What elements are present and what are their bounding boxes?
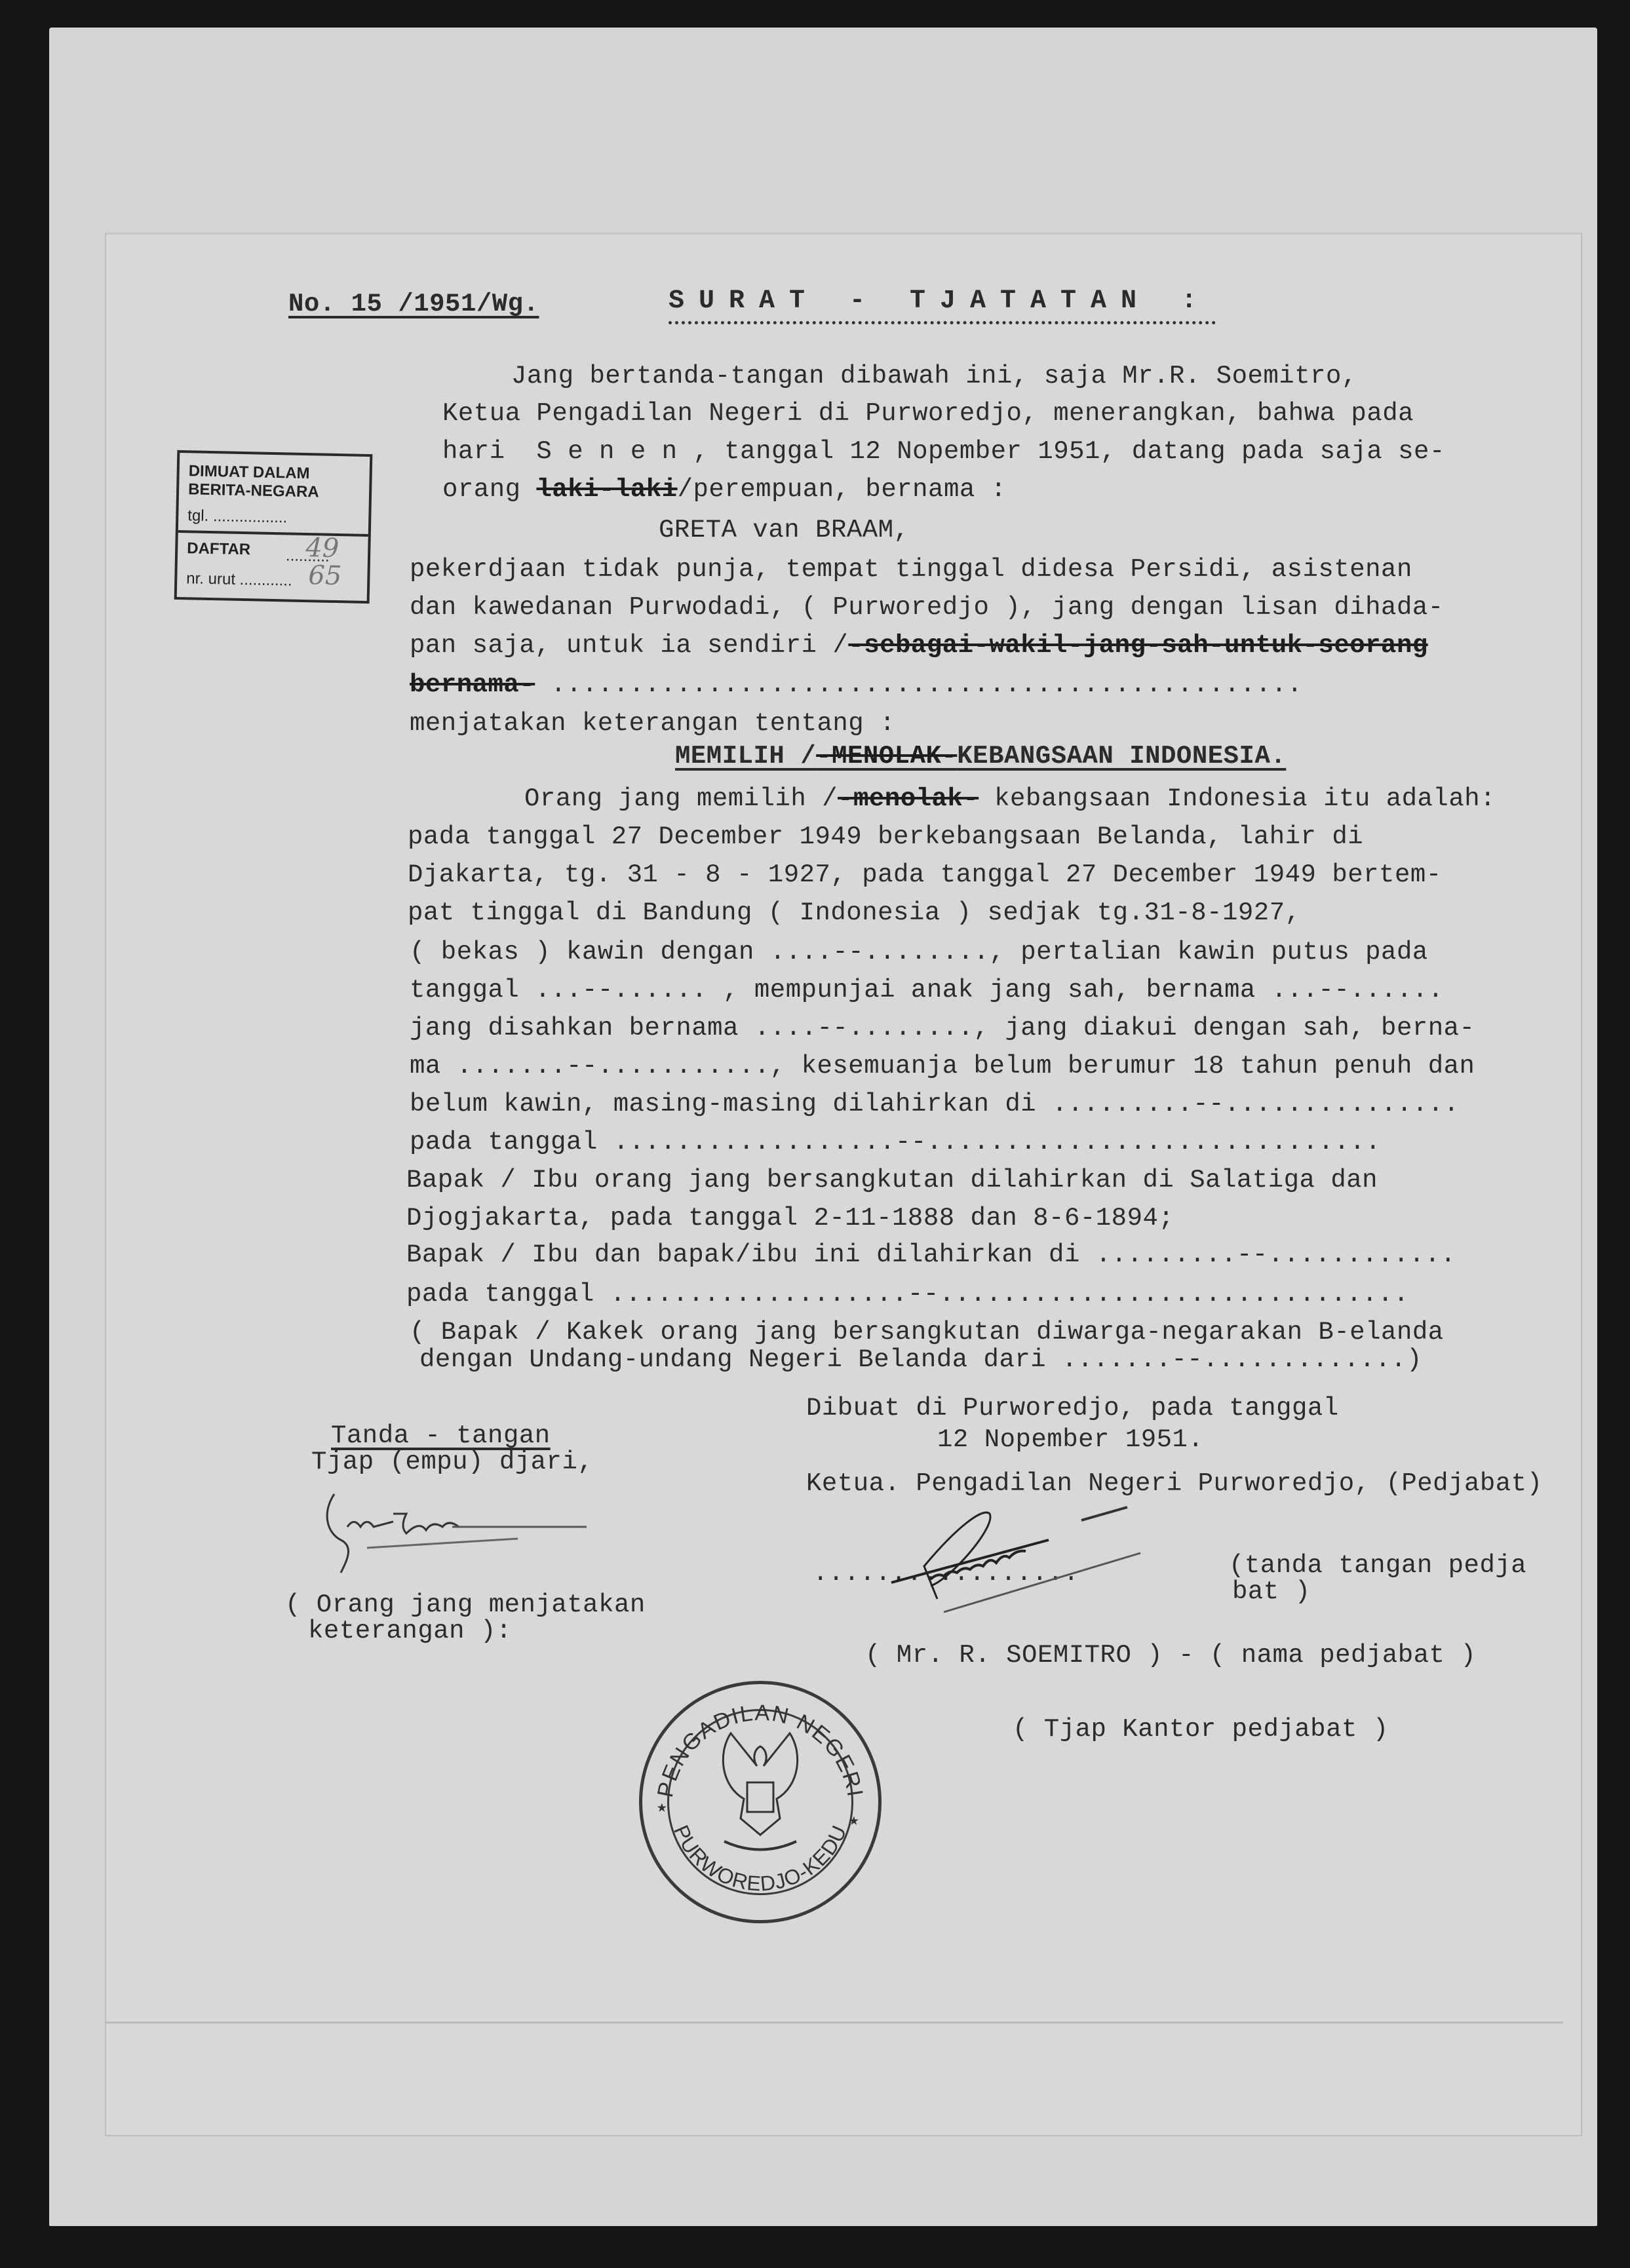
- body-line: dengan Undang-undang Negeri Belanda dari…: [419, 1347, 1422, 1373]
- struck-text: bernama-: [410, 670, 535, 699]
- title-underline: [669, 321, 1216, 324]
- svg-text:PURWOREDJO-KEDU: PURWOREDJO-KEDU: [669, 1822, 851, 1896]
- body-line: tanggal ...--...... , mempunjai anak jan…: [410, 978, 1444, 1003]
- body-line: Jang bertanda-tangan dibawah ini, saja M…: [511, 364, 1357, 389]
- body-line: pekerdjaan tidak punja, tempat tinggal d…: [410, 557, 1412, 583]
- body-line: Djogjakarta, pada tanggal 2-11-1888 dan …: [406, 1206, 1174, 1231]
- daftar-handwritten-number: 49: [305, 533, 340, 564]
- signature-label: Tanda - tangan: [331, 1423, 551, 1449]
- body-line: Ketua Pengadilan Negeri di Purworedjo, m…: [442, 401, 1414, 427]
- struck-text: -MENOLAK-: [816, 742, 957, 771]
- text: pan saja, untuk ia sendiri /: [410, 631, 848, 660]
- body-line: ma .......--..........., kesemuanja belu…: [410, 1054, 1475, 1079]
- thumbprint-label: Tjap (empu) djari,: [311, 1450, 593, 1475]
- seal-top-text: PENGADILAN NEGERI: [653, 1701, 868, 1799]
- issue-date: 12 Nopember 1951.: [937, 1427, 1203, 1453]
- stamp-nr-urut: nr. urut ............: [186, 569, 292, 590]
- body-line: ( Bapak / Kakek orang jang bersangkutan …: [410, 1320, 1444, 1345]
- text: Orang jang memilih /: [524, 784, 838, 813]
- place-date-line: Dibuat di Purworedjo, pada tanggal: [806, 1396, 1339, 1421]
- office-stamp-caption: ( Tjap Kantor pedjabat ): [1013, 1717, 1389, 1742]
- body-line: pada tanggal 27 December 1949 berkebangs…: [408, 824, 1363, 850]
- stamp-divider: [178, 530, 368, 537]
- page-fold: [105, 2022, 1563, 2024]
- body-line: pada tanggal ..................--.......…: [410, 1130, 1381, 1155]
- stamp-line-2: BERITA-NEGARA: [188, 480, 319, 501]
- text: orang: [442, 475, 536, 504]
- body-line: pada tanggal ...................--......…: [406, 1282, 1409, 1307]
- body-line: Orang jang memilih /-menolak- kebangsaan…: [524, 786, 1496, 812]
- struck-text: -sebagai-wakil-jang-sah-untuk-seorang: [848, 631, 1427, 660]
- section-heading: MEMILIH /-MENOLAK-KEBANGSAAN INDONESIA.: [675, 744, 1286, 769]
- body-line: Bapak / Ibu dan bapak/ibu ini dilahirkan…: [406, 1242, 1456, 1268]
- body-line: dan kawedanan Purwodadi, ( Purworedjo ),…: [410, 595, 1444, 621]
- body-line: ( bekas ) kawin dengan ....--........, p…: [410, 940, 1428, 965]
- text: kebangsaan Indonesia itu adalah:: [979, 784, 1496, 813]
- garuda-emblem-icon: PENGADILAN NEGERI PURWOREDJO-KEDU ★ ★: [642, 1684, 878, 1920]
- declarant-name: GRETA van BRAAM,: [659, 518, 909, 543]
- stamp-tgl: tgl. .................: [187, 507, 288, 527]
- body-line: Djakarta, tg. 31 - 8 - 1927, pada tangga…: [408, 862, 1442, 888]
- body-line: Bapak / Ibu orang jang bersangkutan dila…: [406, 1168, 1378, 1193]
- document-number: No. 15 /1951/Wg.: [288, 292, 539, 317]
- body-line: belum kawin, masing-masing dilahirkan di…: [410, 1092, 1460, 1117]
- svg-text:PENGADILAN NEGERI: PENGADILAN NEGERI: [653, 1701, 868, 1799]
- seal-bottom-text: PURWOREDJO-KEDU: [669, 1822, 851, 1896]
- struck-text: -menolak-: [838, 784, 979, 813]
- body-line: pat tinggal di Bandung ( Indonesia ) sed…: [408, 900, 1301, 926]
- urut-handwritten-number: 65: [308, 560, 342, 591]
- signature-caption: bat ): [1232, 1579, 1311, 1605]
- stamp-line-1: DIMUAT DALAM: [188, 462, 309, 483]
- stamp-daftar: DAFTAR: [187, 539, 250, 559]
- text: MEMILIH /: [675, 742, 816, 771]
- body-line: hari S e n e n , tanggal 12 Nopember 195…: [442, 439, 1445, 465]
- official-title: Ketua. Pengadilan Negeri Purworedjo, (Pe…: [806, 1471, 1542, 1497]
- official-name: ( Mr. R. SOEMITRO ) - ( nama pedjabat ): [865, 1643, 1476, 1668]
- court-seal: PENGADILAN NEGERI PURWOREDJO-KEDU ★ ★: [639, 1681, 882, 1923]
- registration-stamp: DIMUAT DALAM BERITA-NEGARA tgl. ........…: [174, 450, 373, 604]
- body-line: pan saja, untuk ia sendiri /-sebagai-wak…: [410, 633, 1428, 659]
- text: /perempuan, bernama :: [678, 475, 1007, 504]
- body-line: menjatakan keterangan tentang :: [410, 711, 895, 737]
- official-signature: [865, 1501, 1232, 1619]
- svg-text:★: ★: [657, 1797, 667, 1817]
- body-line: orang laki-laki/perempuan, bernama :: [442, 477, 1007, 503]
- declarant-caption: keterangan ):: [308, 1619, 512, 1644]
- declarant-signature: [321, 1488, 662, 1579]
- document-title: SURAT - TJATATAN :: [669, 288, 1211, 315]
- svg-text:★: ★: [849, 1811, 859, 1830]
- signature-caption: (tanda tangan pedja: [1229, 1553, 1526, 1579]
- body-line: jang disahkan bernama ....--........, ja…: [410, 1016, 1475, 1041]
- declarant-caption: ( Orang jang menjatakan: [285, 1592, 646, 1618]
- dotted-blank: ........................................…: [535, 670, 1302, 699]
- text: KEBANGSAAN INDONESIA.: [957, 742, 1286, 771]
- struck-text: laki-laki: [536, 475, 677, 504]
- body-line: bernama- ...............................…: [410, 672, 1303, 698]
